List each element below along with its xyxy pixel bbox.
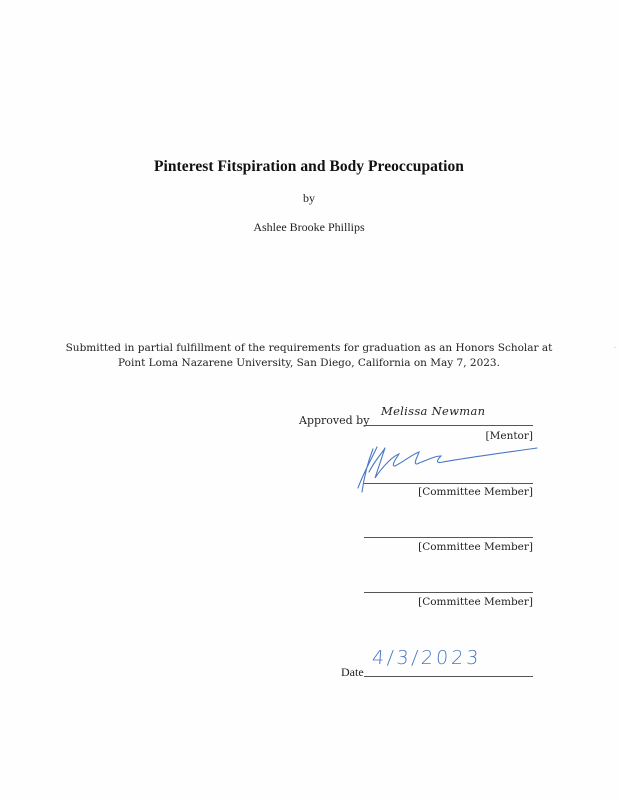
date-signature-line [364,676,533,677]
committee-role-label-1: [Committee Member] [418,486,533,498]
document-page: Pinterest Fitspiration and Body Preoccup… [0,0,618,800]
committee-role-label-3: [Committee Member] [418,596,533,608]
committee-role-label-2: [Committee Member] [418,541,533,553]
date-handwritten: 4/3/2023 [371,647,482,669]
author-name: Ashlee Brooke Phillips [0,220,618,235]
document-title: Pinterest Fitspiration and Body Preoccup… [0,158,618,176]
date-label: Date [341,665,364,680]
committee-signature-line-1 [364,483,533,484]
scan-artifact [614,347,616,348]
submission-line-1: Submitted in partial fulfillment of the … [0,341,618,356]
mentor-signature-line [364,425,533,426]
mentor-role-label: [Mentor] [486,430,533,442]
approved-by-label: Approved by [299,414,369,427]
committee-signature-line-2 [364,537,533,538]
submission-statement: Submitted in partial fulfillment of the … [0,341,618,371]
by-label: by [0,191,618,206]
committee-signature-line-3 [364,592,533,593]
mentor-signature: Melissa Newman [381,404,485,418]
submission-line-2: Point Loma Nazarene University, San Dieg… [0,356,618,371]
